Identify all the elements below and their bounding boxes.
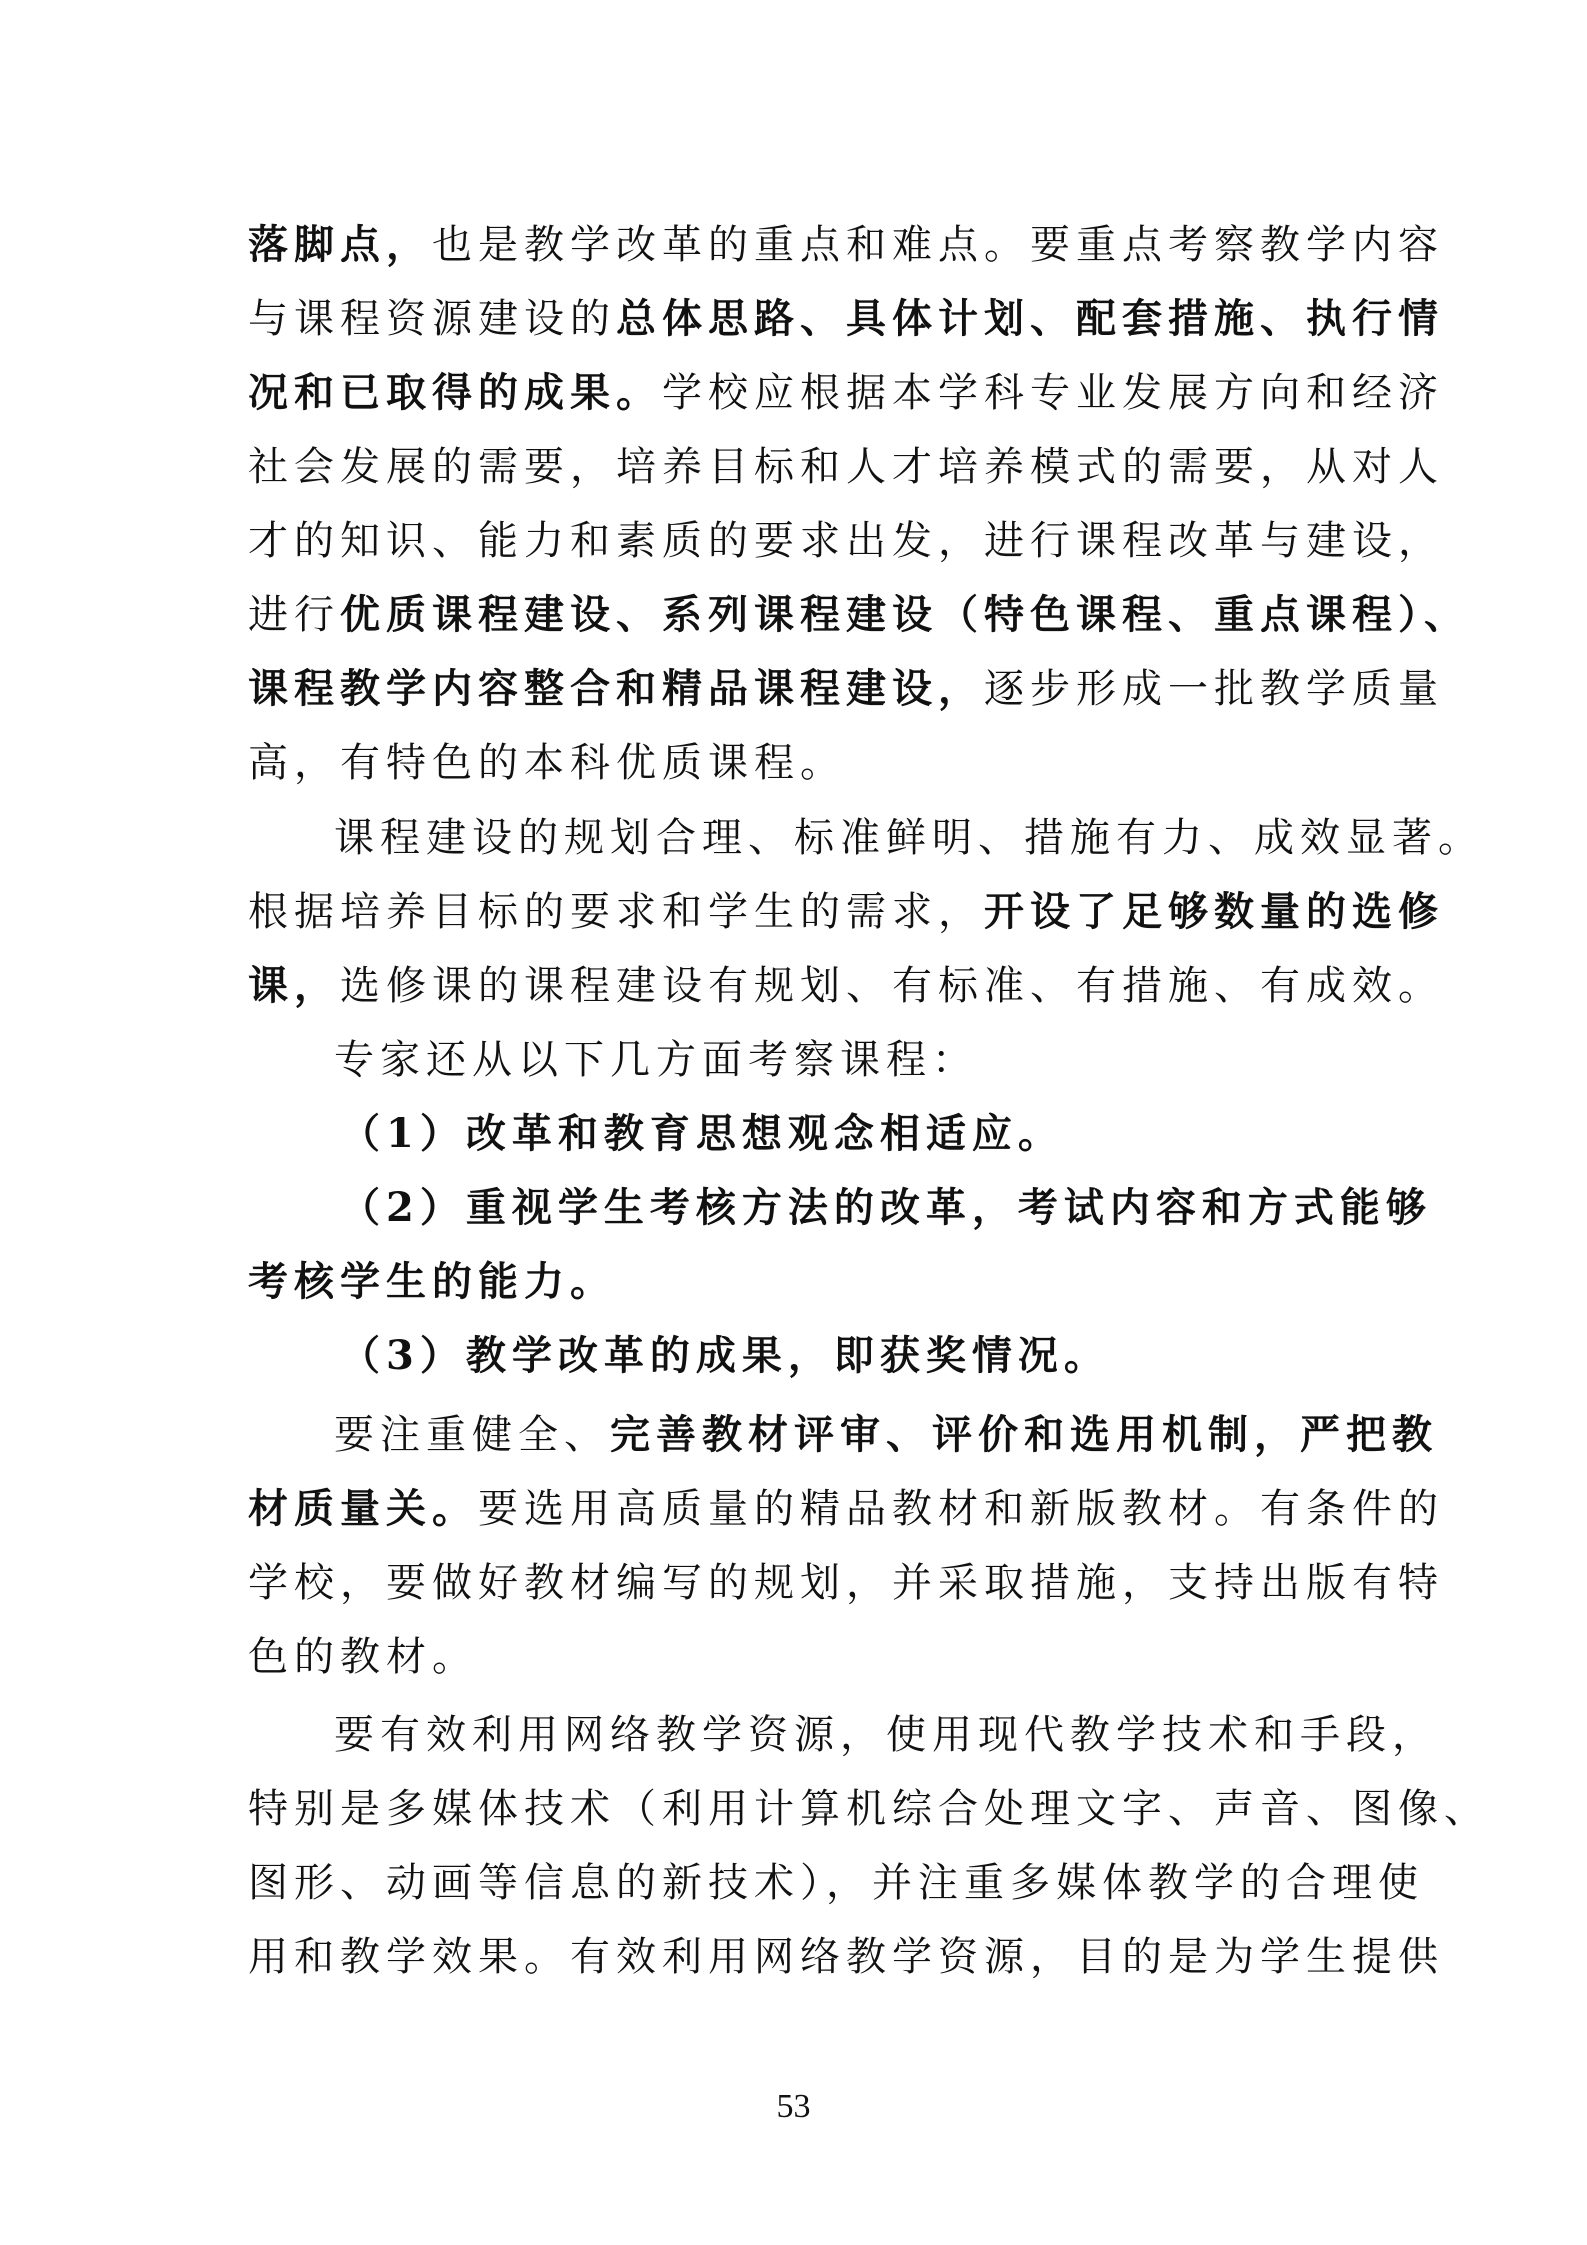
text-line: 学校，要做好教材编写的规划，并采取措施，支持出版有特 [248, 1553, 1348, 1613]
bold-text-segment: 优质课程建设、系列课程建设（特色课程、重点课程）、 [340, 591, 1470, 638]
text-segment: 学校应根据本学科专业发展方向和经济 [662, 370, 1444, 416]
text-segment: 社会发展的需要，培养目标和人才培养模式的需要，从对人 [248, 444, 1444, 490]
bold-text-segment: （3）教学改革的成果，即获奖情况。 [340, 1332, 1110, 1379]
text-line: 课程教学内容整合和精品课程建设，逐步形成一批教学质量 [248, 659, 1348, 719]
text-line: 图形、动画等信息的新技术），并注重多媒体教学的合理使 [248, 1853, 1348, 1913]
text-line: 才的知识、能力和素质的要求出发，进行课程改革与建设， [248, 511, 1348, 571]
text-line: 要有效利用网络教学资源，使用现代教学技术和手段， [334, 1705, 1434, 1765]
bold-text-segment: （2）重视学生考核方法的改革，考试内容和方式能够 [340, 1184, 1432, 1231]
bold-text-segment: （1）改革和教育思想观念相适应。 [340, 1110, 1064, 1157]
text-line: 况和已取得的成果。学校应根据本学科专业发展方向和经济 [248, 363, 1348, 423]
document-page: 落脚点，也是教学改革的重点和难点。要重点考察教学内容与课程资源建设的总体思路、具… [0, 0, 1587, 2245]
bold-text-segment: 考核学生的能力。 [248, 1258, 616, 1305]
bold-text-segment: 课， [248, 962, 340, 1009]
text-segment: 色的教材。 [248, 1634, 478, 1680]
text-line: 色的教材。 [248, 1627, 1348, 1687]
text-line: 社会发展的需要，培养目标和人才培养模式的需要，从对人 [248, 437, 1348, 497]
bold-text-segment: 开设了足够数量的选修 [984, 888, 1444, 935]
text-segment: 高，有特色的本科优质课程。 [248, 740, 846, 786]
text-line: （3）教学改革的成果，即获奖情况。 [340, 1326, 1440, 1386]
text-segment: 也是教学改革的重点和难点。要重点考察教学内容 [432, 222, 1444, 268]
text-line: （2）重视学生考核方法的改革，考试内容和方式能够 [340, 1178, 1440, 1238]
text-segment: 才的知识、能力和素质的要求出发，进行课程改革与建设， [248, 518, 1444, 564]
text-line: 与课程资源建设的总体思路、具体计划、配套措施、执行情 [248, 289, 1348, 349]
bold-text-segment: 落脚点， [248, 221, 432, 268]
text-line: 根据培养目标的要求和学生的需求，开设了足够数量的选修 [248, 882, 1348, 942]
text-segment: 与课程资源建设的 [248, 296, 616, 342]
text-line: 用和教学效果。有效利用网络教学资源，目的是为学生提供 [248, 1927, 1348, 1987]
text-line: 专家还从以下几方面考察课程： [334, 1030, 1434, 1090]
text-segment: 要有效利用网络教学资源，使用现代教学技术和手段， [334, 1712, 1438, 1758]
text-line: 考核学生的能力。 [248, 1252, 1348, 1312]
bold-text-segment: 况和已取得的成果。 [248, 369, 662, 416]
bold-text-segment: 材质量关。 [248, 1485, 478, 1532]
bold-text-segment: 总体思路、具体计划、配套措施、执行情 [616, 295, 1444, 342]
text-segment: 图形、动画等信息的新技术），并注重多媒体教学的合理使 [248, 1860, 1424, 1906]
bold-text-segment: 完善教材评审、评价和选用机制，严把教 [610, 1411, 1438, 1458]
text-line: 特别是多媒体技术（利用计算机综合处理文字、声音、图像、 [248, 1779, 1348, 1839]
text-segment: 学校，要做好教材编写的规划，并采取措施，支持出版有特 [248, 1560, 1444, 1606]
text-line: 高，有特色的本科优质课程。 [248, 733, 1348, 793]
text-segment: 进行 [248, 592, 340, 638]
text-line: 课，选修课的课程建设有规划、有标准、有措施、有成效。 [248, 956, 1348, 1016]
text-segment: 根据培养目标的要求和学生的需求， [248, 889, 984, 935]
text-segment: 要注重健全、 [334, 1412, 610, 1458]
text-line: （1）改革和教育思想观念相适应。 [340, 1104, 1440, 1164]
text-line: 落脚点，也是教学改革的重点和难点。要重点考察教学内容 [248, 215, 1348, 275]
text-segment: 课程建设的规划合理、标准鲜明、措施有力、成效显著。 [334, 815, 1484, 861]
page-number: 53 [0, 2088, 1587, 2126]
text-segment: 要选用高质量的精品教材和新版教材。有条件的 [478, 1486, 1444, 1532]
text-segment: 逐步形成一批教学质量 [984, 666, 1444, 712]
text-line: 材质量关。要选用高质量的精品教材和新版教材。有条件的 [248, 1479, 1348, 1539]
text-segment: 特别是多媒体技术（利用计算机综合处理文字、声音、图像、 [248, 1786, 1490, 1832]
text-line: 要注重健全、完善教材评审、评价和选用机制，严把教 [334, 1405, 1434, 1465]
text-line: 课程建设的规划合理、标准鲜明、措施有力、成效显著。 [334, 808, 1434, 868]
text-segment: 用和教学效果。有效利用网络教学资源，目的是为学生提供 [248, 1934, 1444, 1980]
bold-text-segment: 课程教学内容整合和精品课程建设， [248, 665, 984, 712]
text-line: 进行优质课程建设、系列课程建设（特色课程、重点课程）、 [248, 585, 1348, 645]
text-segment: 选修课的课程建设有规划、有标准、有措施、有成效。 [340, 963, 1444, 1009]
text-segment: 专家还从以下几方面考察课程： [334, 1037, 978, 1083]
